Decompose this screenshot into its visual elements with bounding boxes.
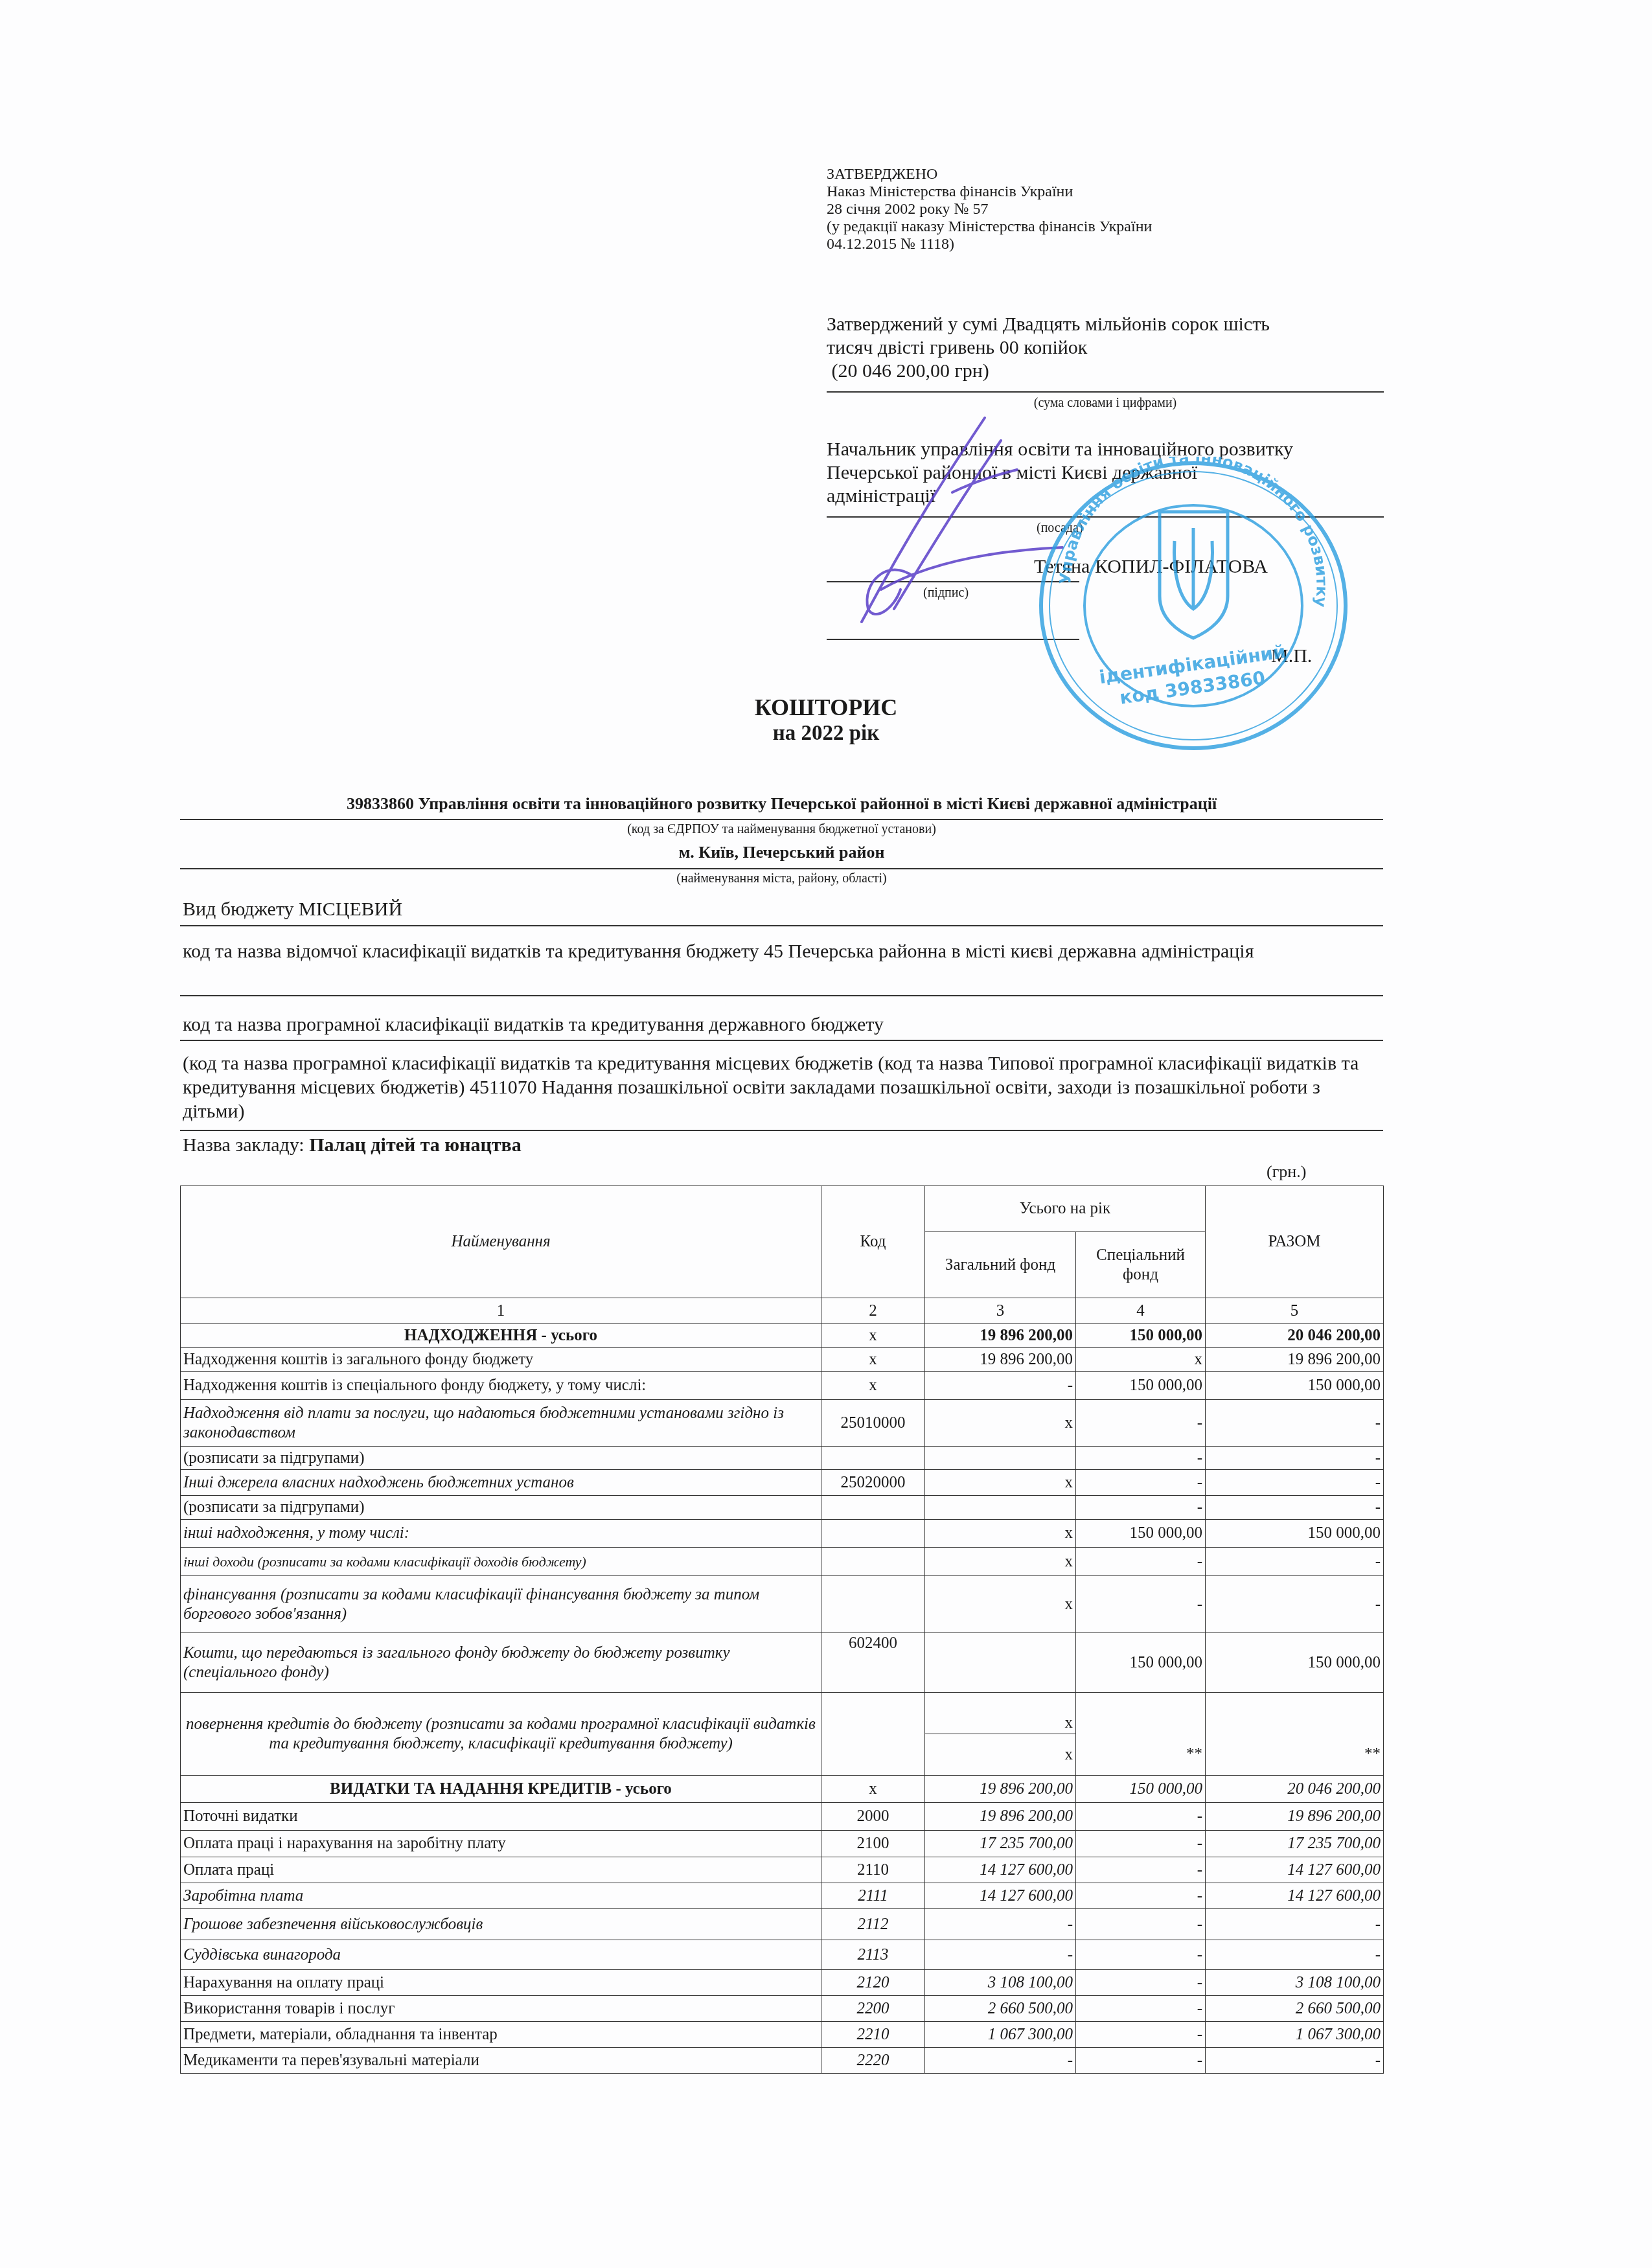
table-row: Надходження коштів із спеціального фонду… (181, 1372, 1384, 1400)
row-name: Предмети, матеріали, обладнання та інвен… (181, 2022, 821, 2048)
row-name: Використання товарів і послуг (181, 1996, 821, 2022)
row-special-fund: 150 000,00 (1076, 1520, 1206, 1548)
row-general-fund: х (925, 1548, 1076, 1576)
facility-label: Назва закладу: (183, 1134, 309, 1156)
row-general-fund: 14 127 600,00 (925, 1857, 1076, 1883)
row-special-fund: - (1076, 1548, 1206, 1576)
table-row: Грошове забезпечення військовослужбовців… (181, 1909, 1384, 1940)
row-total: - (1206, 1909, 1384, 1940)
row-total: 19 896 200,00 (1206, 1348, 1384, 1372)
row-total: 20 046 200,00 (1206, 1776, 1384, 1803)
row-special-fund: ** (1076, 1734, 1206, 1776)
table-row: (розписати за підгрупами)-- (181, 1447, 1384, 1470)
departmental-classification: код та назва відомчої класифікації видат… (183, 939, 1323, 964)
row-name: Оплата праці і нарахування на заробітну … (181, 1831, 821, 1857)
row-total: 2 660 500,00 (1206, 1996, 1384, 2022)
row-general-fund: 19 896 200,00 (925, 1803, 1076, 1831)
row-total: - (1206, 1400, 1384, 1447)
row-name: повернення кредитів до бюджету (розписат… (181, 1693, 821, 1776)
row-code: 2112 (821, 1909, 925, 1940)
row-total: - (1206, 2048, 1384, 2074)
table-row: Поточні видатки200019 896 200,00-19 896 … (181, 1803, 1384, 1831)
header-special-fund: Спеціальний фонд (1076, 1232, 1206, 1298)
institution-name: 39833860 Управління освіти та інноваційн… (180, 794, 1383, 814)
row-total: 20 046 200,00 (1206, 1324, 1384, 1348)
table-row: фінансування (розписати за кодами класиф… (181, 1576, 1384, 1633)
row-name: Медикаменти та перев'язувальні матеріали (181, 2048, 821, 2074)
row-general-fund (925, 1447, 1076, 1470)
row-special-fund: 150 000,00 (1076, 1776, 1206, 1803)
table-row: Кошти, що передаються із загального фонд… (181, 1633, 1384, 1693)
row-special-fund: 150 000,00 (1076, 1372, 1206, 1400)
local-program-rule (180, 1130, 1383, 1131)
row-name: (розписати за підгрупами) (181, 1447, 821, 1470)
row-code: 2220 (821, 2048, 925, 2074)
row-general-fund (925, 1496, 1076, 1520)
row-special-fund: - (1076, 1940, 1206, 1970)
city-name: м. Київ, Печерський район (180, 842, 1383, 862)
row-name: Оплата праці (181, 1857, 821, 1883)
document-year: на 2022 рік (0, 721, 1652, 746)
row-special-fund: - (1076, 1996, 1206, 2022)
row-code: х (821, 1776, 925, 1803)
row-code (821, 1693, 925, 1776)
table-row: Медикаменти та перев'язувальні матеріали… (181, 2048, 1384, 2074)
row-general-fund: 3 108 100,00 (925, 1970, 1076, 1996)
signature-icon (823, 415, 1069, 635)
row-total: - (1206, 1940, 1384, 1970)
row-code: 602400 (821, 1633, 925, 1693)
row-general-fund: 17 235 700,00 (925, 1831, 1076, 1857)
row-special-fund: - (1076, 1576, 1206, 1633)
row-total: 14 127 600,00 (1206, 1857, 1384, 1883)
row-total: - (1206, 1576, 1384, 1633)
row-code: 25020000 (821, 1470, 925, 1496)
row-name: Суддівська винагорода (181, 1940, 821, 1970)
budget-table: Найменування Код Усього на рік РАЗОМ Заг… (180, 1186, 1384, 2074)
facility-name: Палац дітей та юнацтва (309, 1134, 522, 1156)
row-code: 2113 (821, 1940, 925, 1970)
row-name: НАДХОДЖЕННЯ - усього (181, 1324, 821, 1348)
header-code: Код (821, 1186, 925, 1298)
row-general-fund: х (925, 1520, 1076, 1548)
table-row: інші надходження, у тому числі:х150 000,… (181, 1520, 1384, 1548)
row-special-fund: - (1076, 2022, 1206, 2048)
state-program-rule (180, 1040, 1383, 1041)
row-name: інші надходження, у тому числі: (181, 1520, 821, 1548)
row-special-fund: - (1076, 1857, 1206, 1883)
row-code: х (821, 1372, 925, 1400)
row-special-fund: - (1076, 2048, 1206, 2074)
row-name: Надходження коштів із загального фонду б… (181, 1348, 821, 1372)
row-code: х (821, 1348, 925, 1372)
row-name: Надходження коштів із спеціального фонду… (181, 1372, 821, 1400)
table-row: Предмети, матеріали, обладнання та інвен… (181, 2022, 1384, 2048)
row-name: Інші джерела власних надходжень бюджетни… (181, 1470, 821, 1496)
row-code: 2110 (821, 1857, 925, 1883)
approval-heading: ЗАТВЕРДЖЕНО (827, 166, 1384, 183)
table-row: ВИДАТКИ ТА НАДАННЯ КРЕДИТІВ - усьогох19 … (181, 1776, 1384, 1803)
column-number: 4 (1076, 1298, 1206, 1324)
row-name: Кошти, що передаються із загального фонд… (181, 1633, 821, 1693)
row-general-fund: 19 896 200,00 (925, 1348, 1076, 1372)
row-general-fund: - (925, 2048, 1076, 2074)
row-code (821, 1496, 925, 1520)
table-row: Оплата праці і нарахування на заробітну … (181, 1831, 1384, 1857)
row-name: (розписати за підгрупами) (181, 1496, 821, 1520)
row-total: - (1206, 1496, 1384, 1520)
institution-rule (180, 819, 1383, 820)
row-code (821, 1447, 925, 1470)
row-name: ВИДАТКИ ТА НАДАННЯ КРЕДИТІВ - усього (181, 1776, 821, 1803)
table-row: Оплата праці211014 127 600,00-14 127 600… (181, 1857, 1384, 1883)
row-special-fund: - (1076, 1400, 1206, 1447)
approval-line: (у редакції наказу Міністерства фінансів… (827, 218, 1384, 236)
row-special-fund: х (1076, 1348, 1206, 1372)
row-special-fund: - (1076, 1496, 1206, 1520)
approved-amount: Затверджений у сумі Двадцять мільйонів с… (827, 313, 1397, 383)
institution-caption: (код за ЄДРПОУ та найменування бюджетної… (180, 821, 1383, 837)
row-total: 150 000,00 (1206, 1372, 1384, 1400)
budget-type-rule (180, 925, 1383, 926)
row-total: 1 067 300,00 (1206, 2022, 1384, 2048)
row-special-fund: - (1076, 1447, 1206, 1470)
row-special-fund: 150 000,00 (1076, 1324, 1206, 1348)
row-name: фінансування (розписати за кодами класиф… (181, 1576, 821, 1633)
row-special-fund: - (1076, 1909, 1206, 1940)
departmental-rule (180, 995, 1383, 996)
row-code: 2000 (821, 1803, 925, 1831)
facility: Назва закладу: Палац дітей та юнацтва (183, 1134, 522, 1157)
row-general-fund: 1 067 300,00 (925, 2022, 1076, 2048)
state-program-classification: код та назва програмної класифікації вид… (183, 1013, 884, 1037)
city-rule (180, 868, 1383, 869)
row-name: інші доходи (розписати за кодами класифі… (181, 1548, 821, 1576)
row-total: - (1206, 1470, 1384, 1496)
row-general-fund: 19 896 200,00 (925, 1324, 1076, 1348)
amount-rule (827, 391, 1384, 393)
row-general-fund: х (925, 1470, 1076, 1496)
row-code (821, 1548, 925, 1576)
document-title: КОШТОРИС (0, 694, 1652, 720)
row-special-fund (1076, 1693, 1206, 1734)
svg-text:Управління освіти та інновацій: Управління освіти та інноваційного розви… (1033, 457, 1331, 608)
table-row: Інші джерела власних надходжень бюджетни… (181, 1470, 1384, 1496)
row-name: Заробітна плата (181, 1883, 821, 1909)
column-number: 2 (821, 1298, 925, 1324)
table-row: НАДХОДЖЕННЯ - усьогох19 896 200,00150 00… (181, 1324, 1384, 1348)
row-code: 2111 (821, 1883, 925, 1909)
row-total: 3 108 100,00 (1206, 1970, 1384, 1996)
column-number: 1 (181, 1298, 821, 1324)
row-special-fund: - (1076, 1803, 1206, 1831)
table-row: Використання товарів і послуг22002 660 5… (181, 1996, 1384, 2022)
local-program-classification: (код та назва програмної класифікації ви… (183, 1051, 1381, 1123)
row-general-fund: 19 896 200,00 (925, 1776, 1076, 1803)
header-general-fund: Загальний фонд (925, 1232, 1076, 1298)
table-row: Заробітна плата211114 127 600,00-14 127 … (181, 1883, 1384, 1909)
row-name: Поточні видатки (181, 1803, 821, 1831)
row-general-fund: 2 660 500,00 (925, 1996, 1076, 2022)
row-code (821, 1520, 925, 1548)
row-code: 25010000 (821, 1400, 925, 1447)
row-special-fund: 150 000,00 (1076, 1633, 1206, 1693)
header-total: РАЗОМ (1206, 1186, 1384, 1298)
approval-line: 28 січня 2002 року № 57 (827, 201, 1384, 218)
row-total: ** (1206, 1734, 1384, 1776)
table-row: Надходження від плати за послуги, що над… (181, 1400, 1384, 1447)
row-total: 150 000,00 (1206, 1520, 1384, 1548)
row-general-fund (925, 1633, 1076, 1693)
row-code: 2210 (821, 2022, 925, 2048)
row-total: - (1206, 1548, 1384, 1576)
column-number: 5 (1206, 1298, 1384, 1324)
approval-line: 04.12.2015 № 1118) (827, 236, 1384, 253)
row-code: 2100 (821, 1831, 925, 1857)
table-row: Суддівська винагорода2113--- (181, 1940, 1384, 1970)
row-total: 150 000,00 (1206, 1633, 1384, 1693)
row-special-fund: - (1076, 1470, 1206, 1496)
row-general-fund: - (925, 1372, 1076, 1400)
row-general-fund: - (925, 1940, 1076, 1970)
row-special-fund: - (1076, 1883, 1206, 1909)
budget-type: Вид бюджету МІСЦЕВИЙ (183, 898, 402, 921)
row-code: 2200 (821, 1996, 925, 2022)
row-general-fund: х (925, 1734, 1076, 1776)
row-total: - (1206, 1447, 1384, 1470)
row-general-fund: х (925, 1693, 1076, 1734)
row-total: 14 127 600,00 (1206, 1883, 1384, 1909)
row-general-fund: - (925, 1909, 1076, 1940)
table-row: (розписати за підгрупами)-- (181, 1496, 1384, 1520)
row-general-fund: 14 127 600,00 (925, 1883, 1076, 1909)
row-code (821, 1576, 925, 1633)
row-code: 2120 (821, 1970, 925, 1996)
row-code: х (821, 1324, 925, 1348)
approval-block: ЗАТВЕРДЖЕНО Наказ Міністерства фінансів … (827, 166, 1384, 253)
table-row: інші доходи (розписати за кодами класифі… (181, 1548, 1384, 1576)
row-name: Надходження від плати за послуги, що над… (181, 1400, 821, 1447)
approved-amount-line: (20 046 200,00 грн) (827, 360, 1397, 383)
currency-unit: (грн.) (1267, 1162, 1306, 1182)
header-year-total: Усього на рік (925, 1186, 1206, 1232)
row-general-fund: х (925, 1576, 1076, 1633)
row-total: 17 235 700,00 (1206, 1831, 1384, 1857)
row-total: 19 896 200,00 (1206, 1803, 1384, 1831)
table-row: повернення кредитів до бюджету (розписат… (181, 1693, 1384, 1734)
header-name: Найменування (181, 1186, 821, 1298)
table-row: Нарахування на оплату праці21203 108 100… (181, 1970, 1384, 1996)
approved-amount-line: Затверджений у сумі Двадцять мільйонів с… (827, 313, 1397, 336)
approved-amount-line: тисяч двісті гривень 00 копійок (827, 336, 1397, 360)
approval-line: Наказ Міністерства фінансів України (827, 183, 1384, 201)
table-row: Надходження коштів із загального фонду б… (181, 1348, 1384, 1372)
row-special-fund: - (1076, 1831, 1206, 1857)
row-special-fund: - (1076, 1970, 1206, 1996)
row-total (1206, 1693, 1384, 1734)
row-name: Нарахування на оплату праці (181, 1970, 821, 1996)
city-caption: (найменування міста, району, області) (180, 871, 1383, 886)
column-number: 3 (925, 1298, 1076, 1324)
row-general-fund: х (925, 1400, 1076, 1447)
amount-caption: (сума словами і цифрами) (827, 395, 1384, 411)
row-name: Грошове забезпечення військовослужбовців (181, 1909, 821, 1940)
